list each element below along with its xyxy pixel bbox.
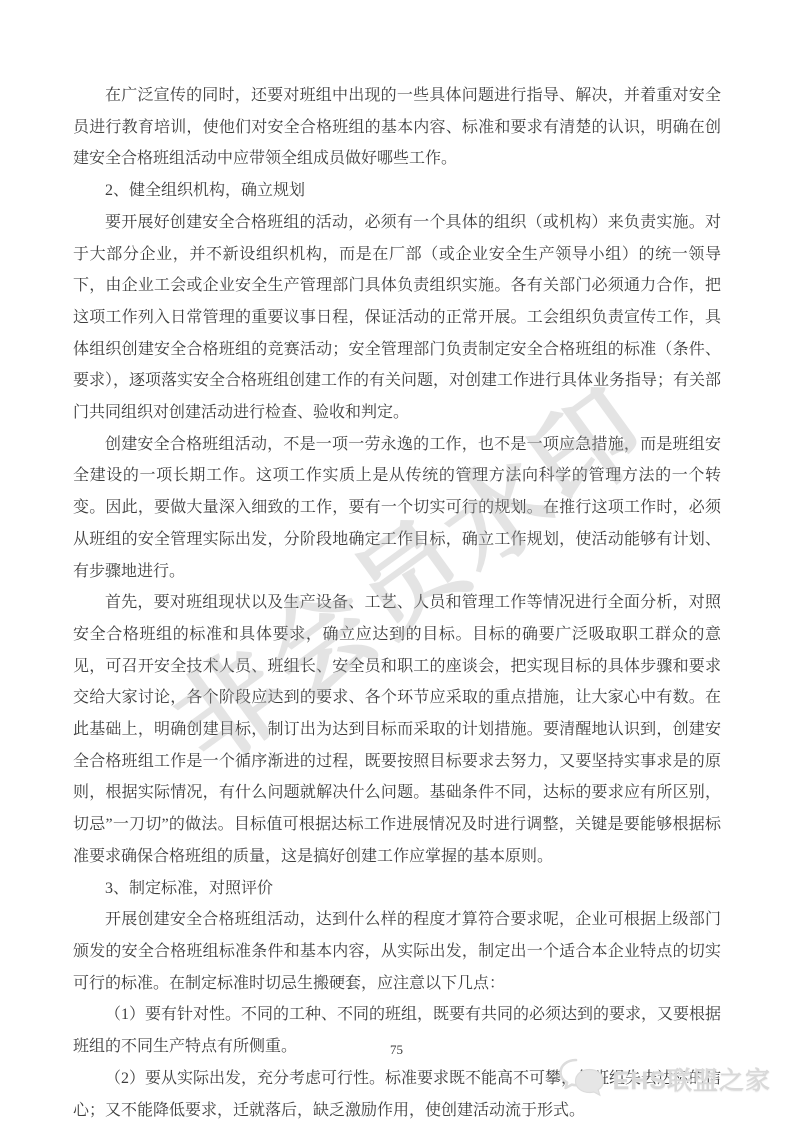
paragraph: 创建安全合格班组活动，不是一项一劳永逸的工作，也不是一项应急措施，而是班组安全建… — [73, 429, 721, 588]
paragraph: 在广泛宣传的同时，还要对班组中出现的一些具体问题进行指导、解决，并着重对安全员进… — [73, 80, 721, 175]
paragraph: 要开展好创建安全合格班组的活动，必须有一个具体的组织（或机构）来负责实施。对于大… — [73, 207, 721, 429]
brand-watermark-label: EHS联盟之家 — [613, 1061, 771, 1097]
document-page-screenshot: { "page": { "number": "75" }, "document"… — [0, 0, 793, 1122]
section-heading-2: 2、健全组织机构，确立规划 — [73, 175, 721, 207]
section-heading-3: 3、制定标准，对照评价 — [73, 873, 721, 905]
page-number: 75 — [0, 1042, 793, 1058]
paragraph: 开展创建安全合格班组活动，达到什么样的程度才算符合要求呢，企业可根据上级部门颁发… — [73, 904, 721, 999]
document-body: 在广泛宣传的同时，还要对班组中出现的一些具体问题进行指导、解决，并着重对安全员进… — [73, 80, 721, 1122]
brand-watermark: EHS联盟之家 — [557, 1058, 771, 1100]
page: 在广泛宣传的同时，还要对班组中出现的一些具体问题进行指导、解决，并着重对安全员进… — [0, 0, 793, 1122]
paragraph: 首先，要对班组现状以及生产设备、工艺、人员和管理工作等情况进行全面分析，对照安全… — [73, 587, 721, 872]
chat-bubbles-icon — [557, 1058, 607, 1100]
